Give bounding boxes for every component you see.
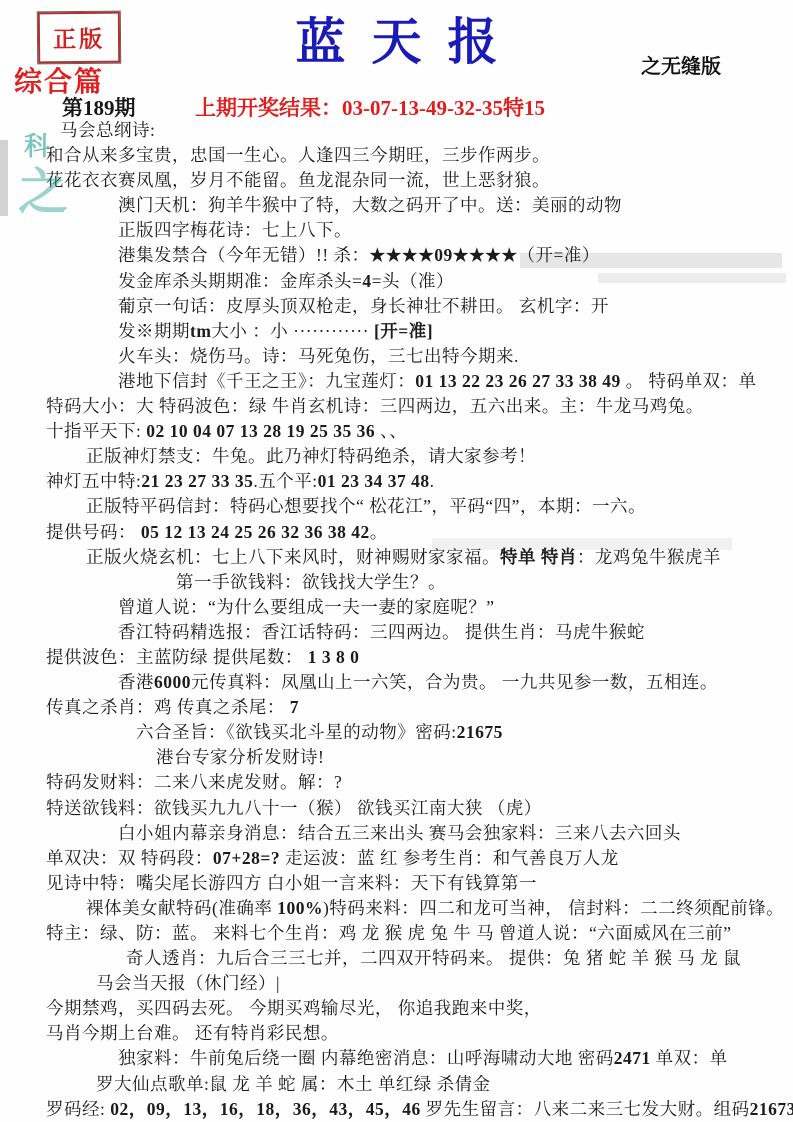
body-line: 奇人透肖：九后合三三七并，二四双开特码来。 提供：兔 猪 蛇 羊 猴 马 龙 鼠 (46, 946, 789, 971)
text-segment: 见诗中特：嘴尖尾长游四方 白小姐一言来料：天下有钱算第一 (46, 873, 537, 893)
text-segment: 01 13 22 23 26 27 33 38 49 (415, 371, 621, 391)
text-segment: 第一手欲钱料：欲钱找大学生？。 (176, 572, 446, 592)
text-segment: 马会当天报（休门经）| (96, 973, 280, 993)
text-segment: 港台专家分析发财诗! (156, 747, 324, 767)
text-segment: 马会总纲诗: (60, 120, 155, 140)
body-line: 港地下信封《千王之王》：九宝莲灯：01 13 22 23 26 27 33 38… (46, 369, 789, 394)
body-line: 火车头：烧伤马。诗：马死兔伤，三七出特今期来. (46, 344, 789, 369)
text-segment: 港集发禁合（今年无错）!! 杀： (118, 245, 370, 265)
text-segment: 独家料：牛前兔后绕一圈 内幕绝密消息：山呼海啸动大地 密码 (118, 1048, 614, 1068)
body-line: 单双决：双 特码段：07+28=? 走运波：蓝 红 参考生肖：和气善良万人龙 (46, 846, 789, 871)
body-line: 独家料：牛前兔后绕一圈 内幕绝密消息：山呼海啸动大地 密码2471 单双：单 (46, 1046, 789, 1071)
body-line: 特码大小：大 特码波色：绿 牛肖玄机诗：三四两边，五六出来。主：牛龙马鸡兔。 (46, 394, 789, 419)
text-segment: 奇人透肖：九后合三三七并，二四双开特码来。 提供：兔 猪 蛇 羊 猴 马 龙 鼠 (126, 948, 741, 968)
text-segment: ★★★★09★★★★ (370, 245, 518, 265)
text-segment: 走运波：蓝 红 参考生肖：和气善良万人龙 (280, 848, 619, 868)
text-segment: 罗码经: (46, 1099, 110, 1119)
text-segment: 02 10 04 07 13 28 19 25 35 36 (146, 421, 375, 441)
text-segment: 神灯五中特: (46, 471, 141, 491)
text-segment: 21 23 27 33 35 (141, 471, 253, 491)
body-line: 马会当天报（休门经）| (46, 971, 789, 996)
text-segment: 正版四字梅花诗：七上八下。 (118, 220, 352, 240)
text-segment: 4 (362, 271, 371, 291)
body-line: 六合圣旨：《欲钱买北斗星的动物》密码:21675 (46, 720, 789, 745)
newspaper-page: 正版 蓝天报 之无缝版 综合篇 第189期 上期开奖结果：03-07-13-49… (0, 0, 793, 1122)
text-segment: 特主：绿、防：蓝。 来料七个生肖：鸡 龙 猴 虎 兔 牛 马 曾道人说：“六面威… (46, 923, 732, 943)
watermark-char: 之 (18, 152, 68, 224)
text-segment: .五个平: (253, 471, 317, 491)
text-segment: 马肖今期上台难。 还有特肖彩民想。 (46, 1023, 339, 1043)
text-segment: 六合圣旨：《欲钱买北斗星的动物》密码: (136, 722, 457, 742)
text-segment: 单双：单 (651, 1048, 728, 1068)
body-line: 十指平天下: 02 10 04 07 13 28 19 25 35 36 、、 (46, 419, 789, 444)
body-line: 马肖今期上台难。 还有特肖彩民想。 (46, 1021, 789, 1046)
text-segment: 十指平天下: (46, 421, 146, 441)
text-segment: 2471 (614, 1048, 651, 1068)
text-segment: 今期禁鸡，买四码去死。 今期买鸡输尽光， 你追我跑来中奖， (46, 998, 542, 1018)
body-line: 马会总纲诗: (46, 118, 789, 143)
body-line: 裸体美女献特码(准确率 100%)特码来料：四二和龙可当神， 信封料：二二终须配… (46, 896, 789, 921)
text-segment: 正版特平码信封：特码心想要找个“ 松花江”，平码“四”，本期：一六。 (86, 496, 646, 516)
body-line: 和合从来多宝贵，忠国一生心。人逢四三今期旺，三步作两步。 (46, 143, 789, 168)
text-segment: 和合从来多宝贵，忠国一生心。人逢四三今期旺，三步作两步。 (46, 145, 550, 165)
body-lines: 马会总纲诗:和合从来多宝贵，忠国一生心。人逢四三今期旺，三步作两步。花花衣衣赛凤… (46, 118, 789, 1122)
body-line: 正版四字梅花诗：七上八下。 (46, 218, 789, 243)
text-segment: 元传真料：凤凰山上一六笑，合为贵。 一九共见参一数，五相连。 (191, 672, 718, 692)
text-segment: 7 (290, 697, 299, 717)
body-line: 发金库杀头期期准：金库杀头=4=头（准） (46, 269, 789, 294)
text-segment: 02，09，13，16，18，36，43，45，46 (110, 1099, 421, 1119)
body-line: 提供波色：主蓝防绿 提供尾数： 1 3 8 0 (46, 645, 789, 670)
text-segment: )特码来料：四二和龙可当神， 信封料：二二终须配前锋。 (323, 898, 784, 918)
text-segment: 白小姐内幕亲身消息：结合五三来出头 赛马会独家料：三来八去六回头 (118, 823, 681, 843)
text-segment: 发※期期 (118, 321, 190, 341)
body-line: 港台专家分析发财诗! (46, 745, 789, 770)
body-line: 发※期期tm大小 ：小 ············ [开=准] (46, 319, 789, 344)
body-line: 香江特码精选报：香江话特码：三四两边。 提供生肖：马虎牛猴蛇 (46, 620, 789, 645)
text-segment: [开=准] (374, 321, 433, 341)
body-line: 第一手欲钱料：欲钱找大学生？。 (46, 570, 789, 595)
text-segment: 100% (277, 898, 323, 918)
text-segment: 216738 (750, 1099, 793, 1119)
body-line: 正版特平码信封：特码心想要找个“ 松花江”，平码“四”，本期：一六。 (46, 494, 789, 519)
text-segment: 澳门天机：狗羊牛猴中了特，大数之码开了中。送：美丽的动物 (118, 195, 622, 215)
text-segment: 大小 ：小 ············ (211, 321, 374, 341)
text-segment: . (430, 471, 435, 491)
text-segment: 01 23 34 37 48 (318, 471, 430, 491)
text-segment: 香江特码精选报：香江话特码：三四两边。 提供生肖：马虎牛猴蛇 (118, 622, 645, 642)
text-segment: 特码大小：大 特码波色：绿 牛肖玄机诗：三四两边，五六出来。主：牛龙马鸡兔。 (46, 396, 704, 416)
text-segment: 火车头：烧伤马。诗：马死兔伤，三七出特今期来. (118, 346, 519, 366)
text-segment: 罗大仙点歌单:鼠 龙 羊 蛇 属：木土 单红绿 杀倩金 (96, 1074, 491, 1094)
text-segment: 提供号码： (46, 522, 141, 542)
text-segment: 花花衣衣赛凤凰，岁月不能留。鱼龙混杂同一流，世上恶豺狼。 (46, 170, 550, 190)
text-segment: 、、 (375, 421, 407, 441)
text-segment: 正版神灯禁支：牛兔。此乃神灯特码绝杀，请大家参考！ (86, 446, 536, 466)
body-line: 罗大仙点歌单:鼠 龙 羊 蛇 属：木土 单红绿 杀倩金 (46, 1072, 789, 1097)
body-line: 香港6000元传真料：凤凰山上一六笑，合为贵。 一九共见参一数，五相连。 (46, 670, 789, 695)
text-segment: 港地下信封《千王之王》：九宝莲灯： (118, 371, 415, 391)
text-segment: 。 特码单双：单 (621, 371, 757, 391)
text-segment: 21675 (457, 722, 503, 742)
text-segment: 特单 特肖 (500, 547, 577, 567)
text-segment: ：龙鸡兔牛猴虎羊 (577, 547, 721, 567)
body-line: 花花衣衣赛凤凰，岁月不能留。鱼龙混杂同一流，世上恶豺狼。 (46, 168, 789, 193)
text-segment: 葡京一句话：皮厚头顶双枪走，身长神壮不耕田。 玄机字：开 (118, 296, 609, 316)
text-segment: 。 (370, 522, 388, 542)
text-segment: tm (190, 321, 211, 341)
text-segment: 07+28=? (213, 848, 280, 868)
body-line: 传真之杀肖：鸡 传真之杀尾： 7 (46, 695, 789, 720)
body-line: 港集发禁合（今年无错）!! 杀：★★★★09★★★★（开=准） (46, 243, 789, 268)
body-line: 正版神灯禁支：牛兔。此乃神灯特码绝杀，请大家参考！ (46, 444, 789, 469)
body-line: 白小姐内幕亲身消息：结合五三来出头 赛马会独家料：三来八去六回头 (46, 821, 789, 846)
body-line: 特码发财料：二来八来虎发财。解：? (46, 770, 789, 795)
text-segment: 单双决：双 特码段： (46, 848, 213, 868)
text-segment: 1 3 8 0 (308, 647, 360, 667)
text-segment: 提供波色：主蓝防绿 提供尾数： (46, 647, 308, 667)
text-segment: 05 12 13 24 25 26 32 36 38 42 (141, 522, 370, 542)
text-segment: 发金库杀头期期准：金库杀头= (118, 271, 362, 291)
text-segment: 传真之杀肖：鸡 传真之杀尾： (46, 697, 290, 717)
body-line: 神灯五中特:21 23 27 33 35.五个平:01 23 34 37 48. (46, 469, 789, 494)
text-segment: 特码发财料：二来八来虎发财。解：? (46, 772, 342, 792)
scan-artifact (0, 140, 8, 216)
body-line: 罗码经: 02，09，13，16，18，36，43，45，46 罗先生留言：八来… (46, 1097, 789, 1122)
text-segment: 特送欲钱料：欲钱买九九八十一（猴） 欲钱买江南大狭 （虎） (46, 798, 542, 818)
body-line: 正版火烧玄机：七上八下来风时，财神赐财家家福。特单 特肖：龙鸡兔牛猴虎羊 (46, 545, 789, 570)
text-segment: （开=准） (518, 245, 600, 265)
text-segment: 香港 (118, 672, 154, 692)
edition-label: 之无缝版 (641, 50, 721, 79)
body-line: 今期禁鸡，买四码去死。 今期买鸡输尽光， 你追我跑来中奖， (46, 996, 789, 1021)
text-segment: =头（准） (372, 271, 454, 291)
text-segment: 曾道人说：“为什么要组成一夫一妻的家庭呢？” (118, 597, 495, 617)
body-line: 曾道人说：“为什么要组成一夫一妻的家庭呢？” (46, 595, 789, 620)
body-line: 特主：绿、防：蓝。 来料七个生肖：鸡 龙 猴 虎 兔 牛 马 曾道人说：“六面威… (46, 921, 789, 946)
body-line: 见诗中特：嘴尖尾长游四方 白小姐一言来料：天下有钱算第一 (46, 871, 789, 896)
body-line: 特送欲钱料：欲钱买九九八十一（猴） 欲钱买江南大狭 （虎） (46, 796, 789, 821)
body-line: 提供号码： 05 12 13 24 25 26 32 36 38 42。 (46, 520, 789, 545)
text-segment: 裸体美女献特码(准确率 (86, 898, 277, 918)
text-segment: 罗先生留言：八来二来三七发大财。组码 (421, 1099, 750, 1119)
body-line: 葡京一句话：皮厚头顶双枪走，身长神壮不耕田。 玄机字：开 (46, 294, 789, 319)
text-segment: 正版火烧玄机：七上八下来风时，财神赐财家家福。 (86, 547, 500, 567)
body-line: 澳门天机：狗羊牛猴中了特，大数之码开了中。送：美丽的动物 (46, 193, 789, 218)
text-segment: 6000 (154, 672, 191, 692)
